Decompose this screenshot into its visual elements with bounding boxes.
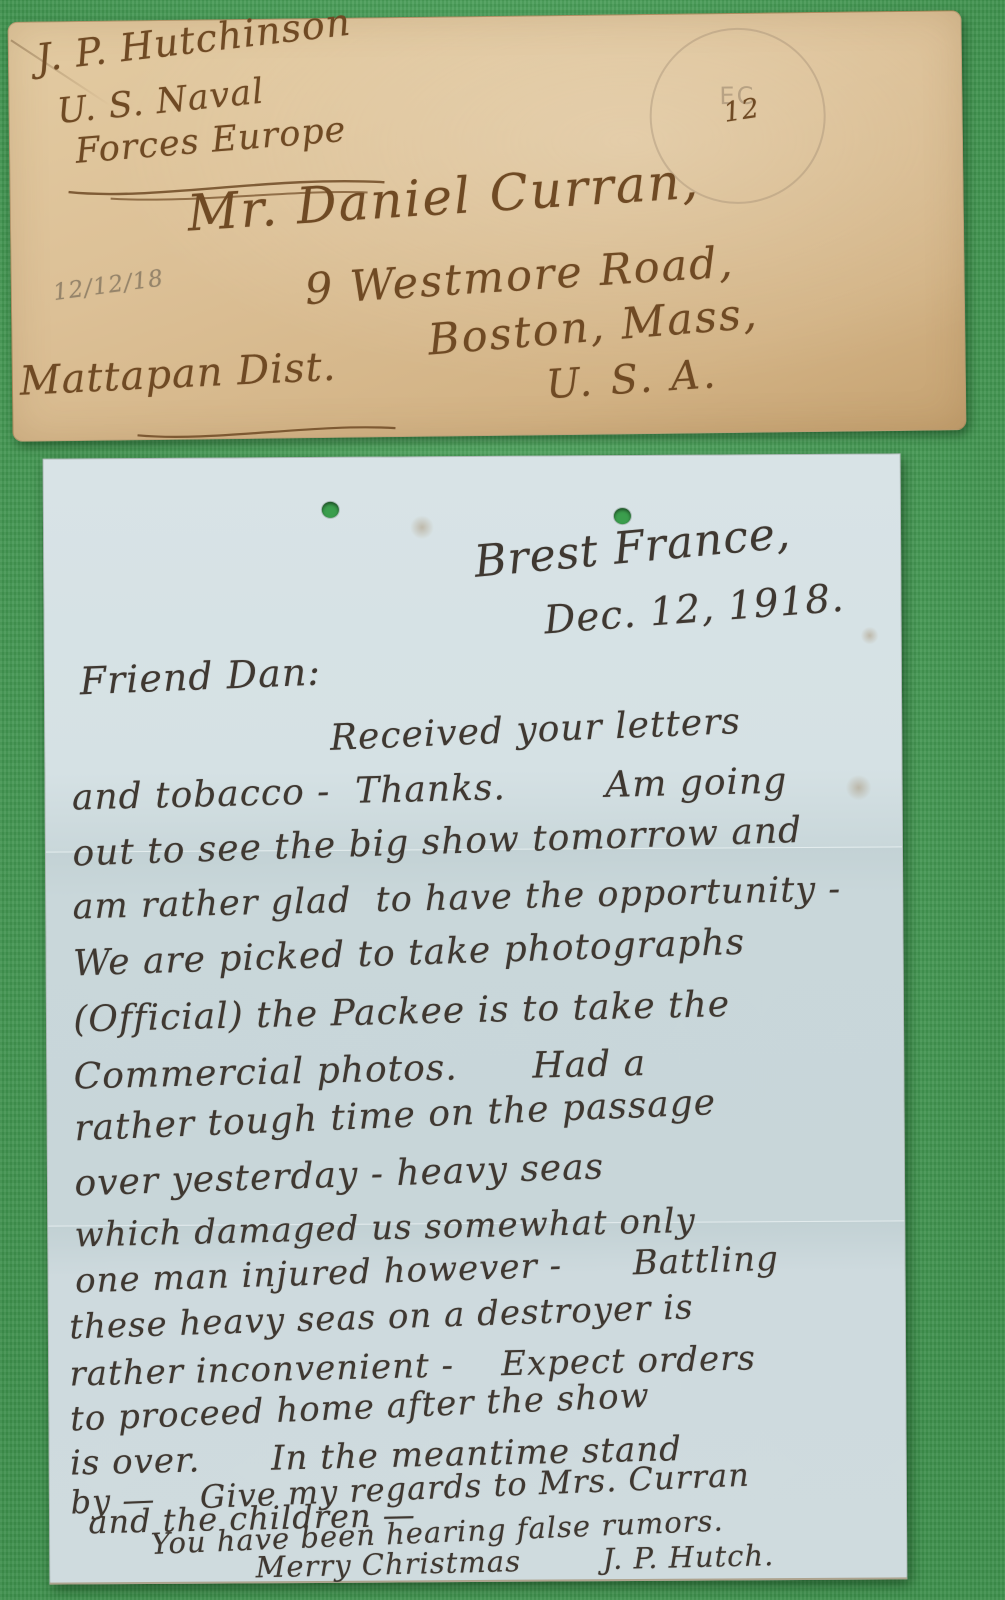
letter-paper: Brest France, Dec. 12, 1918. Friend Dan:… bbox=[43, 453, 908, 1584]
recipient-country-line: U. S. A. bbox=[545, 351, 720, 408]
pencil-date-note: 12/12/18 bbox=[52, 265, 166, 306]
district-underline-flourish bbox=[133, 416, 403, 445]
paper-stain bbox=[846, 775, 872, 801]
ink-number-mark: 12 bbox=[721, 93, 762, 129]
envelope: J. P. Hutchinson U. S. Naval Forces Euro… bbox=[7, 10, 966, 442]
punch-hole-left bbox=[322, 502, 339, 518]
paper-stain bbox=[410, 515, 434, 539]
recipient-name-line: Mr. Daniel Curran, bbox=[185, 152, 701, 243]
return-address-line: J. P. Hutchinson bbox=[34, 0, 354, 80]
district-note: Mattapan Dist. bbox=[19, 344, 338, 405]
photo-background: J. P. Hutchinson U. S. Naval Forces Euro… bbox=[0, 0, 1005, 1600]
paper-stain bbox=[861, 627, 879, 645]
